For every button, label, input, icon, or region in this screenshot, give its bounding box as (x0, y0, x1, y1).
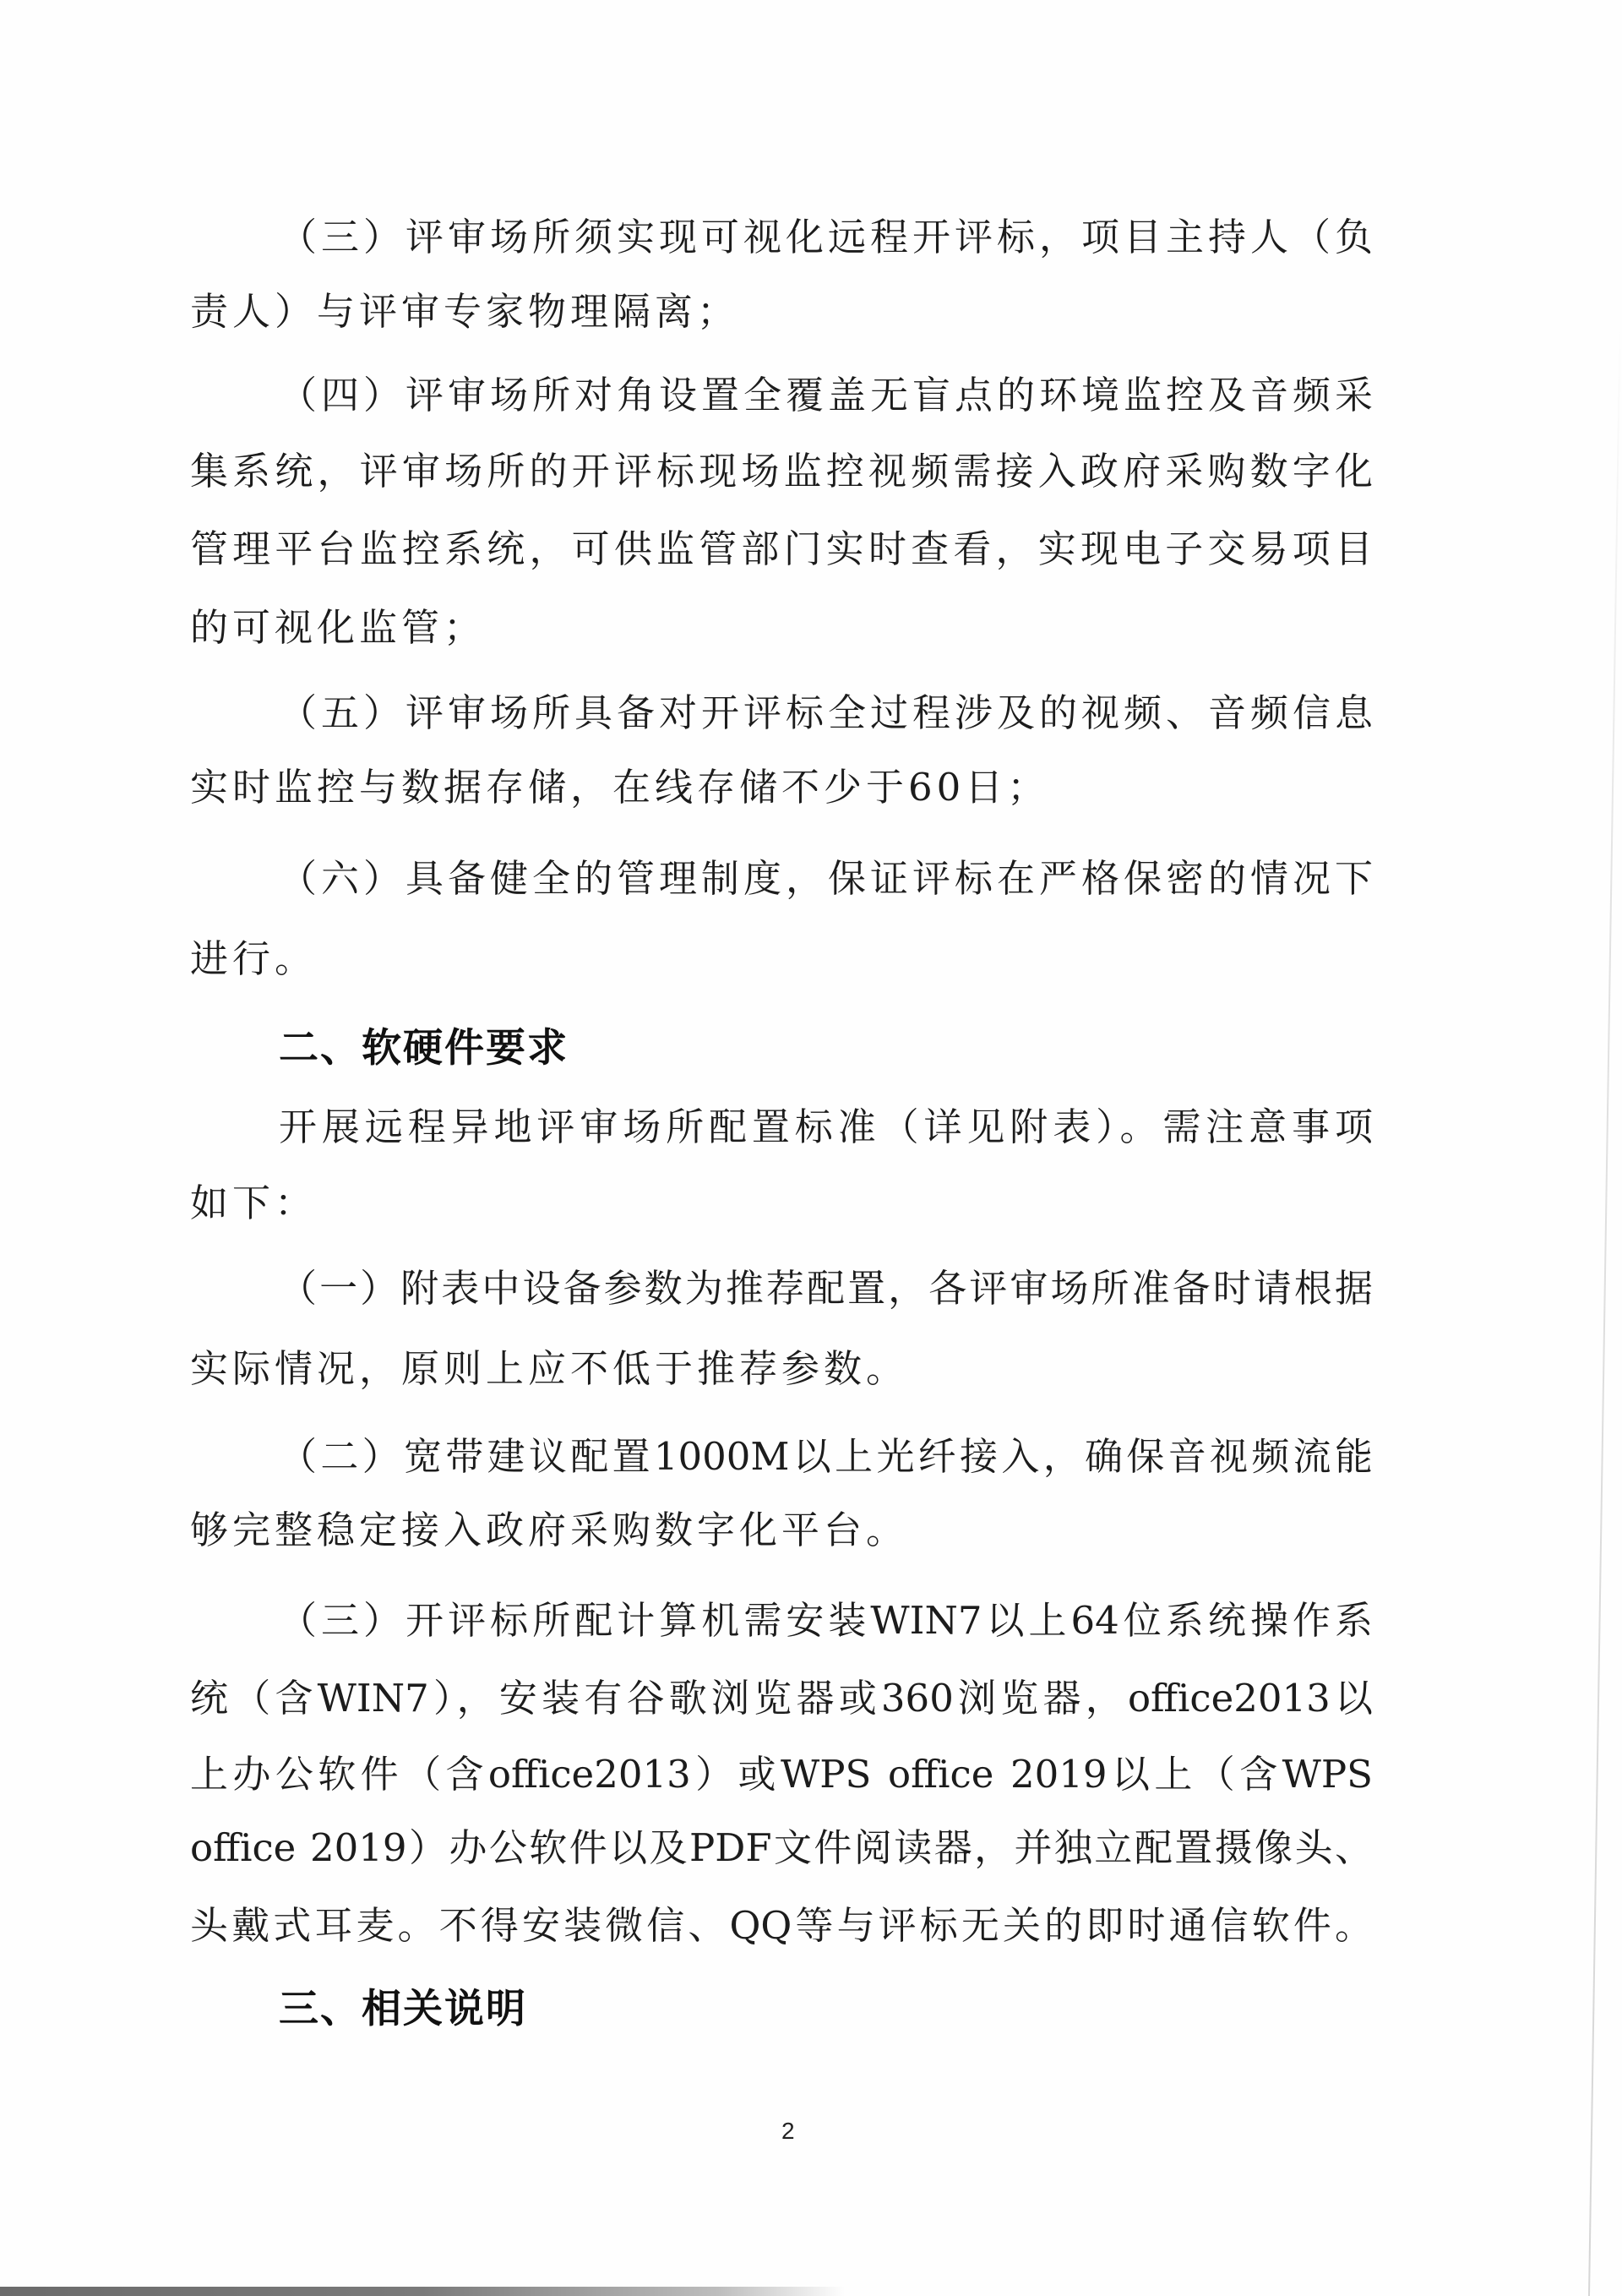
paragraph-line: 管理平台监控系统，可供监管部门实时查看，实现电子交易项目 (190, 524, 1373, 575)
paragraph-line: 的可视化监管； (190, 603, 486, 653)
paragraph-line: 进行。 (190, 934, 317, 984)
paragraph-line: 开展远程异地评审场所配置标准（详见附表）。需注意事项 (279, 1102, 1373, 1153)
scan-shadow (0, 2287, 845, 2296)
paragraph-line: 够完整稳定接入政府采购数字化平台。 (190, 1505, 908, 1556)
paragraph-line: 头戴式耳麦。不得安装微信、QQ等与评标无关的即时通信软件。 (190, 1901, 1373, 1951)
paragraph-line: 责人）与评审专家物理隔离； (190, 286, 739, 337)
paragraph-line: 实际情况，原则上应不低于推荐参数。 (190, 1344, 908, 1394)
paragraph-line: （五）评审场所具备对开评标全过程涉及的视频、音频信息 (279, 688, 1373, 739)
document-page: （三）评审场所须实现可视化远程开评标，项目主持人（负 责人）与评审专家物理隔离；… (0, 0, 1622, 2296)
paragraph-line: office 2019）办公软件以及PDF文件阅读器，并独立配置摄像头、 (190, 1823, 1373, 1873)
paragraph-line: （三）评审场所须实现可视化远程开评标，项目主持人（负 (279, 212, 1373, 263)
paragraph-line: （三）开评标所配计算机需安装WIN7以上64位系统操作系 (279, 1595, 1373, 1646)
paragraph-line: 实时监控与数据存储，在线存储不少于60日； (190, 762, 1049, 813)
paragraph-line: 集系统，评审场所的开评标现场监控视频需接入政府采购数字化 (190, 446, 1373, 497)
paragraph-line: （四）评审场所对角设置全覆盖无盲点的环境监控及音频采 (279, 370, 1373, 421)
section-heading: 二、软硬件要求 (279, 1023, 569, 1074)
paragraph-line: 统（含WIN7），安装有谷歌浏览器或360浏览器，office2013以 (190, 1673, 1373, 1724)
paragraph-line: 如下： (190, 1178, 317, 1229)
scan-edge-line (1588, 321, 1621, 2296)
page-number: 2 (781, 2118, 795, 2145)
paragraph-line: （一）附表中设备参数为推荐配置，各评审场所准备时请根据 (279, 1263, 1373, 1314)
paragraph-line: （二）宽带建议配置1000M以上光纤接入，确保音视频流能 (279, 1432, 1373, 1482)
paragraph-line: 上办公软件（含office2013）或WPS office 2019以上（含WP… (190, 1749, 1373, 1800)
paragraph-line: （六）具备健全的管理制度，保证评标在严格保密的情况下 (279, 854, 1373, 904)
section-heading: 三、相关说明 (279, 1984, 527, 2035)
